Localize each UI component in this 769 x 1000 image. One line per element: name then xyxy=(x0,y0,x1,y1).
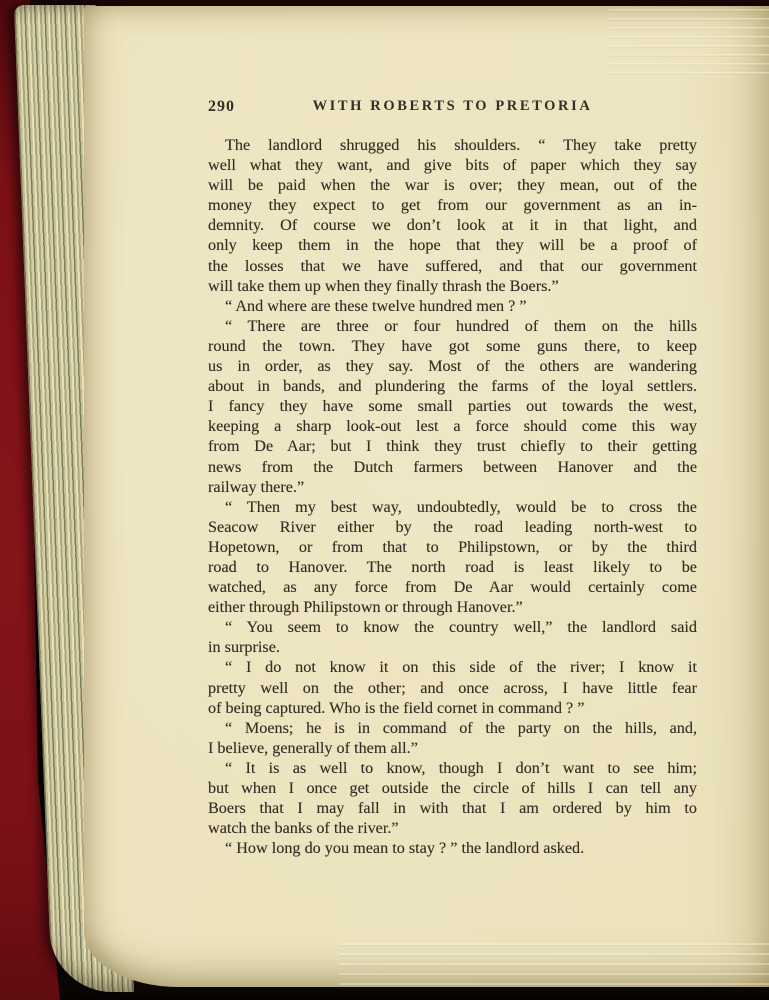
text-line: Boers that I may fall in with that I am … xyxy=(208,798,697,818)
text-line: “ Then my best way, undoubtedly, would b… xyxy=(208,497,697,517)
text-line: The landlord shrugged his shoulders. “ T… xyxy=(208,135,697,155)
text-line: “ And where are these twelve hundred men… xyxy=(208,296,697,316)
paragraph: The landlord shrugged his shoulders. “ T… xyxy=(208,135,697,296)
text-line: in surprise. xyxy=(208,637,697,657)
text-line: but when I once get outside the circle o… xyxy=(208,778,697,798)
paragraph: “ You seem to know the country well,” th… xyxy=(208,617,697,657)
paragraph: “ How long do you mean to stay ? ” the l… xyxy=(208,838,697,858)
paragraph: “ And where are these twelve hundred men… xyxy=(208,296,697,316)
text-line: round the town. They have got some guns … xyxy=(208,336,697,356)
text-line: only keep them in the hope that they wil… xyxy=(208,235,697,255)
text-line: “ Moens; he is in command of the party o… xyxy=(208,718,697,738)
book-scan: 290 WITH ROBERTS TO PRETORIA The landlor… xyxy=(0,0,769,1000)
text-line: I fancy they have some small parties out… xyxy=(208,396,697,416)
text-line: watched, as any force from De Aar would … xyxy=(208,577,697,597)
running-title: WITH ROBERTS TO PRETORIA xyxy=(208,98,697,115)
text-line: about in bands, and plundering the farms… xyxy=(208,376,697,396)
text-line: money they expect to get from our govern… xyxy=(208,195,697,215)
text-line: Seacow River either by the road leading … xyxy=(208,517,697,537)
text-line: keeping a sharp look-out lest a force sh… xyxy=(208,416,697,436)
text-line: will take them up when they finally thra… xyxy=(208,276,697,296)
text-line: “ How long do you mean to stay ? ” the l… xyxy=(208,838,697,858)
page-edge-streaks-bottom xyxy=(339,943,769,987)
text-line: pretty well on the other; and once acros… xyxy=(208,678,697,698)
paragraph: “ It is as well to know, though I don’t … xyxy=(208,758,697,838)
page-edge-streaks-top xyxy=(609,9,769,75)
paragraph: “ There are three or four hundred of the… xyxy=(208,316,697,497)
paragraph: “ I do not know it on this side of the r… xyxy=(208,657,697,717)
text-line: the losses that we have suffered, and th… xyxy=(208,256,697,276)
text-line: us in order, as they say. Most of the ot… xyxy=(208,356,697,376)
text-line: well what they want, and give bits of pa… xyxy=(208,155,697,175)
text-line: “ I do not know it on this side of the r… xyxy=(208,657,697,677)
text-line: news from the Dutch farmers between Hano… xyxy=(208,457,697,477)
text-line: of being captured. Who is the field corn… xyxy=(208,698,697,718)
body-text: The landlord shrugged his shoulders. “ T… xyxy=(208,135,697,858)
text-line: watch the banks of the river.” xyxy=(208,818,697,838)
text-line: either through Philipstown or through Ha… xyxy=(208,597,697,617)
text-line: road to Hanover. The north road is least… xyxy=(208,557,697,577)
paragraph: “ Moens; he is in command of the party o… xyxy=(208,718,697,758)
text-line: from De Aar; but I think they trust chie… xyxy=(208,436,697,456)
text-line: Hopetown, or from that to Philipstown, o… xyxy=(208,537,697,557)
text-line: railway there.” xyxy=(208,477,697,497)
page-number: 290 xyxy=(208,98,235,116)
text-line: “ There are three or four hundred of the… xyxy=(208,316,697,336)
paragraph: “ Then my best way, undoubtedly, would b… xyxy=(208,497,697,618)
page-content: 290 WITH ROBERTS TO PRETORIA The landlor… xyxy=(84,98,769,858)
text-line: will be paid when the war is over; they … xyxy=(208,175,697,195)
text-line: “ You seem to know the country well,” th… xyxy=(208,617,697,637)
text-line: demnity. Of course we don’t look at it i… xyxy=(208,215,697,235)
text-line: I believe, generally of them all.” xyxy=(208,738,697,758)
page-header: 290 WITH ROBERTS TO PRETORIA xyxy=(208,98,697,115)
book-page: 290 WITH ROBERTS TO PRETORIA The landlor… xyxy=(84,6,769,987)
text-line: “ It is as well to know, though I don’t … xyxy=(208,758,697,778)
